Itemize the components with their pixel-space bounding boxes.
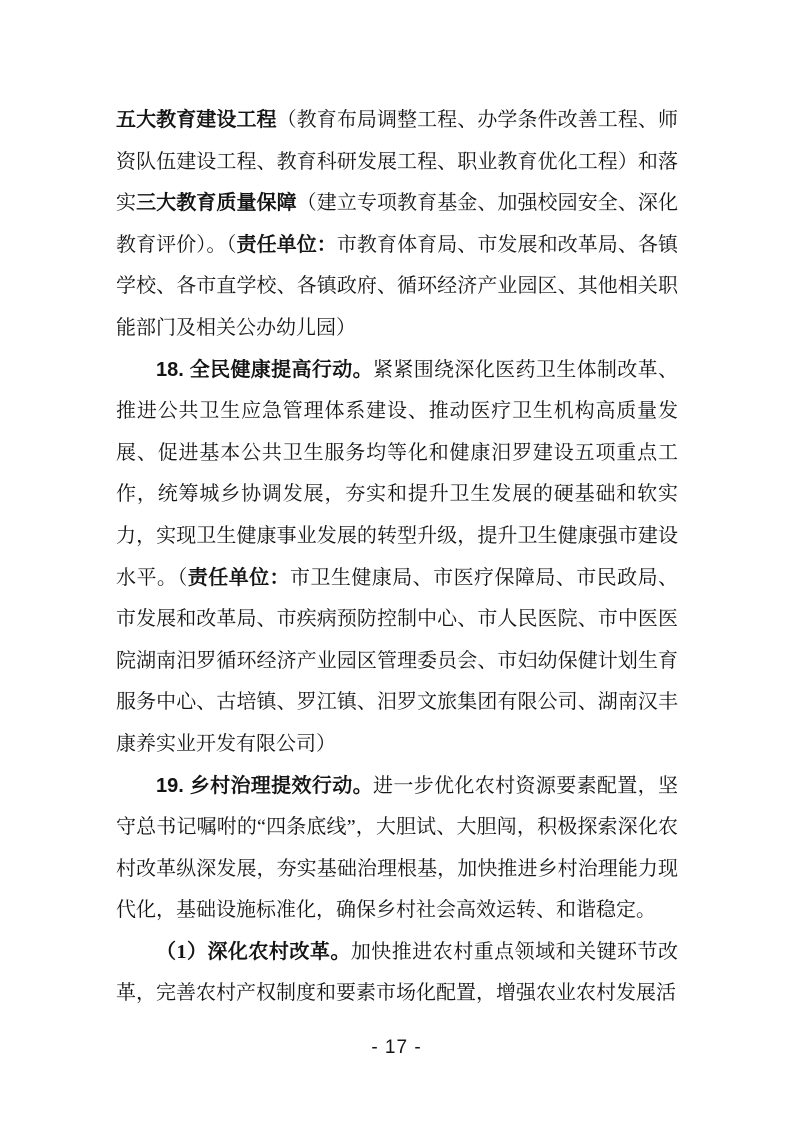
item-18-heading: 18. 全民健康提高行动。 <box>156 359 373 381</box>
paragraph-sub-item-1-rural-reform: （1）深化农村改革。加快推进农村重点领域和关键环节改革，完善农村产权制度和要素市… <box>116 932 678 1015</box>
paragraph-item-18-national-health: 18. 全民健康提高行动。紧紧围绕深化医药卫生体制改革、推进公共卫生应急管理体系… <box>116 350 678 766</box>
paragraph-item-19-rural-governance: 19. 乡村治理提效行动。进一步优化农村资源要素配置，坚守总书记嘱咐的“四条底线… <box>116 766 678 932</box>
text-run: 紧紧围绕深化医药卫生体制改革、推进公共卫生应急管理体系建设、推动医疗卫生机构高质… <box>116 359 678 589</box>
sub-item-1-heading: （1）深化农村改革。 <box>156 941 351 963</box>
item-19-heading: 19. 乡村治理提效行动。 <box>156 775 373 797</box>
page-number: - 17 - <box>0 1037 793 1059</box>
text-run: 市卫生健康局、市医疗保障局、市民政局、市发展和改革局、市疾病预防控制中心、市人民… <box>116 567 678 755</box>
document-page: 五大教育建设工程（教育布局调整工程、办学条件改善工程、师资队伍建设工程、教育科研… <box>0 0 793 1122</box>
text-run: 责任单位： <box>188 567 290 589</box>
text-run: 三大教育质量保障 <box>136 192 297 214</box>
paragraph-education-continuation: 五大教育建设工程（教育布局调整工程、办学条件改善工程、师资队伍建设工程、教育科研… <box>116 100 678 350</box>
document-body: 五大教育建设工程（教育布局调整工程、办学条件改善工程、师资队伍建设工程、教育科研… <box>116 100 678 1015</box>
text-run: 五大教育建设工程 <box>116 109 277 131</box>
text-run: 责任单位： <box>237 234 337 256</box>
